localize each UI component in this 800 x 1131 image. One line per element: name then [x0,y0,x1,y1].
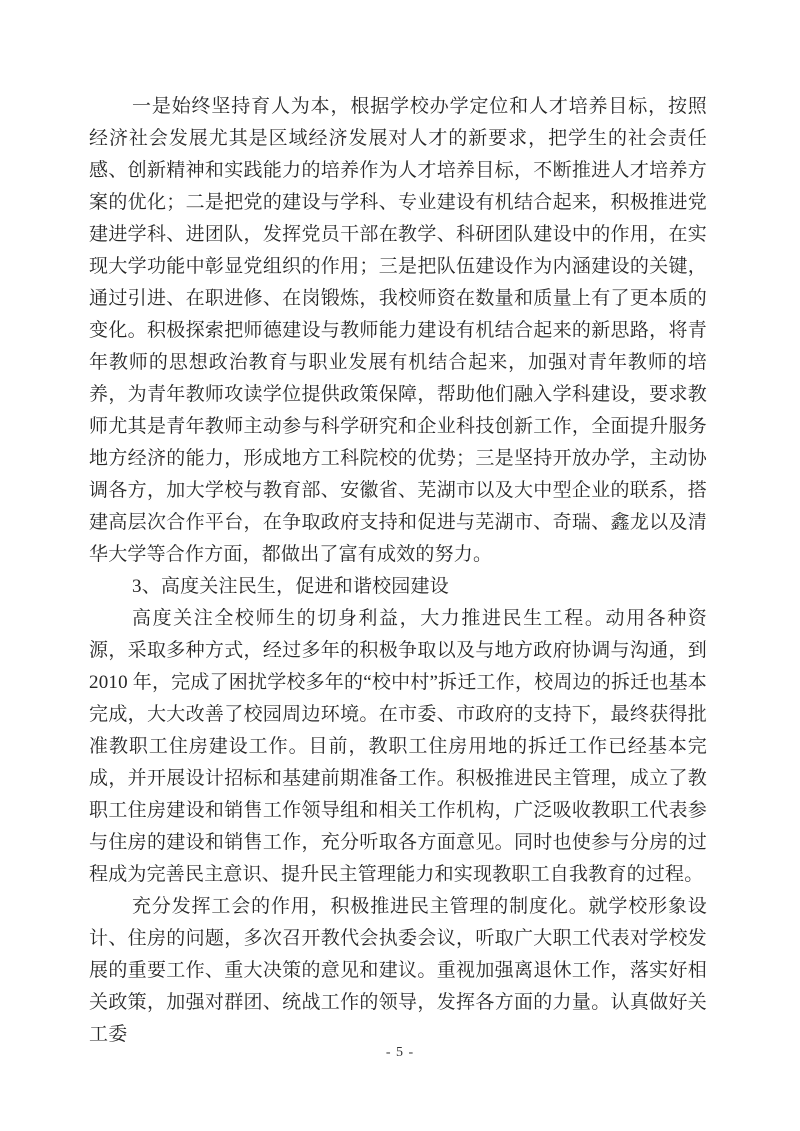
document-page: 一是始终坚持育人为本，根据学校办学定位和人才培养目标，按照经济社会发展尤其是区域… [0,0,800,1131]
paragraph-union: 充分发挥工会的作用，积极推进民主管理的制度化。就学校形象设计、住房的问题，多次召… [89,891,707,1051]
paragraph-achievements: 一是始终坚持育人为本，根据学校办学定位和人才培养目标，按照经济社会发展尤其是区域… [89,91,707,571]
page-body: 一是始终坚持育人为本，根据学校办学定位和人才培养目标，按照经济社会发展尤其是区域… [89,91,707,1051]
section-heading-3: 3、高度关注民生，促进和谐校园建设 [89,571,707,603]
paragraph-livelihood: 高度关注全校师生的切身利益，大力推进民生工程。动用各种资源，采取多种方式，经过多… [89,603,707,891]
page-number: - 5 - [0,1044,800,1062]
